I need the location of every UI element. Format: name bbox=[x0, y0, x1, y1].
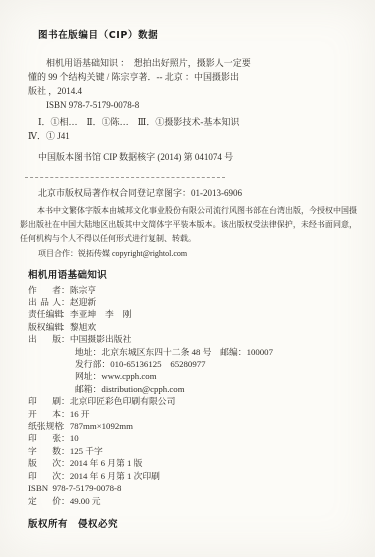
colophon-row-separator: ： bbox=[61, 446, 70, 456]
colophon-row-label: ISBN bbox=[28, 483, 48, 493]
colophon-row: 印张：10 bbox=[28, 432, 375, 444]
colophon-row-value: 125 千字 bbox=[70, 446, 103, 456]
colophon-row-separator: ： bbox=[61, 433, 70, 443]
colophon: 相机用语基础知识 作者：陈宗亨出品人：赵迎新责任编辑：李亚坤 李 刚版权编辑：黎… bbox=[28, 269, 375, 507]
colophon-row: ISBN 978-7-5179-0078-8 bbox=[28, 482, 375, 494]
text-line: ISBN 978-7-5179-0078-8 bbox=[28, 98, 268, 112]
license-paragraph: 本书中文繁体字版本由城邦文化事业股份有限公司流行风图书部在台湾出版，今授权中国摄… bbox=[20, 204, 357, 247]
colophon-row-separator: ： bbox=[61, 322, 70, 332]
colophon-row-value: 黎旭欢 bbox=[70, 322, 96, 332]
colophon-row: 出版：中国摄影出版社 bbox=[28, 333, 375, 345]
cip-record-block: 相机用语基础知识 ： 想拍出好照片，摄影人一定要懂的 99 个结构关键 / 陈宗… bbox=[28, 56, 268, 112]
colophon-row-label: 印张 bbox=[28, 432, 61, 444]
colophon-row-separator: ： bbox=[61, 285, 70, 295]
colophon-row-label: 地址 bbox=[75, 347, 93, 357]
colophon-row-value: distribution@cpph.com bbox=[101, 384, 184, 394]
colophon-row-value: 10 bbox=[70, 433, 79, 443]
colophon-row-label: 纸张规格 bbox=[28, 420, 61, 432]
colophon-row: 责任编辑：李亚坤 李 刚 bbox=[28, 308, 375, 320]
colophon-rows: 作者：陈宗亨出品人：赵迎新责任编辑：李亚坤 李 刚版权编辑：黎旭欢出版：中国摄影… bbox=[28, 284, 375, 507]
colophon-row-value: 978-7-5179-0078-8 bbox=[52, 483, 121, 493]
colophon-row-label: 作者 bbox=[28, 284, 61, 296]
colophon-row-separator: ： bbox=[61, 496, 70, 506]
colophon-row: 发行部：010-65136125 65280977 bbox=[28, 358, 375, 370]
colophon-row-separator: ： bbox=[61, 458, 70, 468]
colophon-row-value: 陈宗亨 bbox=[70, 285, 96, 295]
colophon-row: 定价：49.00 元 bbox=[28, 495, 375, 507]
colophon-row-value: www.cpph.com bbox=[101, 371, 156, 381]
colophon-row-label: 开本 bbox=[28, 408, 61, 420]
colophon-row: 纸张规格：787mm×1092mm bbox=[28, 420, 375, 432]
colophon-row: 字数：125 千字 bbox=[28, 445, 375, 457]
colophon-row-label: 印刷 bbox=[28, 395, 61, 407]
text-line: Ⅳ．① J41 bbox=[28, 129, 375, 143]
colophon-row-label: 版次 bbox=[28, 457, 61, 469]
colophon-row-label: 责任编辑 bbox=[28, 308, 61, 320]
text-line: Ⅰ．①相… Ⅱ．①陈… Ⅲ．①摄影技术-基本知识 bbox=[28, 115, 375, 129]
book-title: 相机用语基础知识 bbox=[28, 269, 375, 282]
colophon-row-value: 49.00 元 bbox=[70, 496, 101, 506]
colophon-row-label: 字数 bbox=[28, 445, 61, 457]
dashed-divider bbox=[25, 177, 225, 178]
colophon-row-label: 出版 bbox=[28, 333, 61, 345]
colophon-row-label: 邮箱 bbox=[75, 384, 93, 394]
colophon-row-separator: ： bbox=[61, 396, 70, 406]
cip-record-number: 中国版本图书馆 CIP 数据核字 (2014) 第 041074 号 bbox=[38, 151, 375, 164]
project-cooperation-line: 项目合作：锐拓传媒 copyright@rightol.com bbox=[38, 247, 375, 261]
colophon-row-label: 出品人 bbox=[28, 296, 61, 308]
copyright-page: 图书在版编目（CIP）数据 相机用语基础知识 ： 想拍出好照片，摄影人一定要懂的… bbox=[0, 0, 375, 557]
colophon-row-value: 北京印匠彩色印刷有限公司 bbox=[70, 396, 176, 406]
colophon-row-value: 2014 年 6 月第 1 版 bbox=[70, 458, 143, 468]
colophon-row: 开本：16 开 bbox=[28, 408, 375, 420]
colophon-row-separator: ： bbox=[61, 334, 70, 344]
cip-header: 图书在版编目（CIP）数据 bbox=[38, 27, 375, 41]
cip-classification: Ⅰ．①相… Ⅱ．①陈… Ⅲ．①摄影技术-基本知识Ⅳ．① J41 bbox=[28, 115, 375, 143]
colophon-row: 出品人：赵迎新 bbox=[28, 296, 375, 308]
colophon-row-separator: ： bbox=[61, 309, 70, 319]
colophon-row-value: 787mm×1092mm bbox=[70, 421, 133, 431]
colophon-row-value: 010-65136125 65280977 bbox=[110, 359, 205, 369]
colophon-row-separator: ： bbox=[101, 359, 110, 369]
colophon-row: 版次：2014 年 6 月第 1 版 bbox=[28, 457, 375, 469]
text-line: 版社 ，2014.4 bbox=[28, 84, 268, 98]
text-line: 懂的 99 个结构关键 / 陈宗亨著．-- 北京 ：中国摄影出 bbox=[28, 70, 268, 84]
colophon-row-value: 16 开 bbox=[70, 409, 90, 419]
colophon-row-value: 赵迎新 bbox=[70, 297, 96, 307]
colophon-row-value: 2014 年 6 月第 1 次印刷 bbox=[70, 471, 160, 481]
colophon-row-label: 版权编辑 bbox=[28, 321, 61, 333]
colophon-row: 印次：2014 年 6 月第 1 次印刷 bbox=[28, 470, 375, 482]
colophon-row: 印刷：北京印匠彩色印刷有限公司 bbox=[28, 395, 375, 407]
copyright-registration-line: 北京市版权局著作权合同登记章图字：01-2013-6906 bbox=[38, 187, 375, 199]
text-line: 相机用语基础知识 ： 想拍出好照片，摄影人一定要 bbox=[28, 56, 268, 70]
colophon-row-separator: ： bbox=[61, 409, 70, 419]
colophon-row-label: 发行部 bbox=[75, 359, 101, 369]
colophon-row-label: 网址 bbox=[75, 371, 93, 381]
colophon-row-label: 定价 bbox=[28, 495, 61, 507]
colophon-row-separator: ： bbox=[61, 471, 70, 481]
colophon-row: 版权编辑：黎旭欢 bbox=[28, 321, 375, 333]
colophon-row-separator: ： bbox=[61, 421, 70, 431]
colophon-row-value: 中国摄影出版社 bbox=[70, 334, 132, 344]
colophon-row: 地址：北京东城区东四十二条 48 号 邮编：100007 bbox=[28, 346, 375, 358]
colophon-row: 作者：陈宗亨 bbox=[28, 284, 375, 296]
colophon-row-value: 北京东城区东四十二条 48 号 邮编：100007 bbox=[101, 347, 273, 357]
copyright-notice: 版权所有 侵权必究 bbox=[28, 516, 375, 530]
colophon-row: 网址：www.cpph.com bbox=[28, 370, 375, 382]
colophon-row: 邮箱：distribution@cpph.com bbox=[28, 383, 375, 395]
colophon-row-value: 李亚坤 李 刚 bbox=[70, 309, 132, 319]
colophon-row-separator: ： bbox=[61, 297, 70, 307]
colophon-row-label: 印次 bbox=[28, 470, 61, 482]
